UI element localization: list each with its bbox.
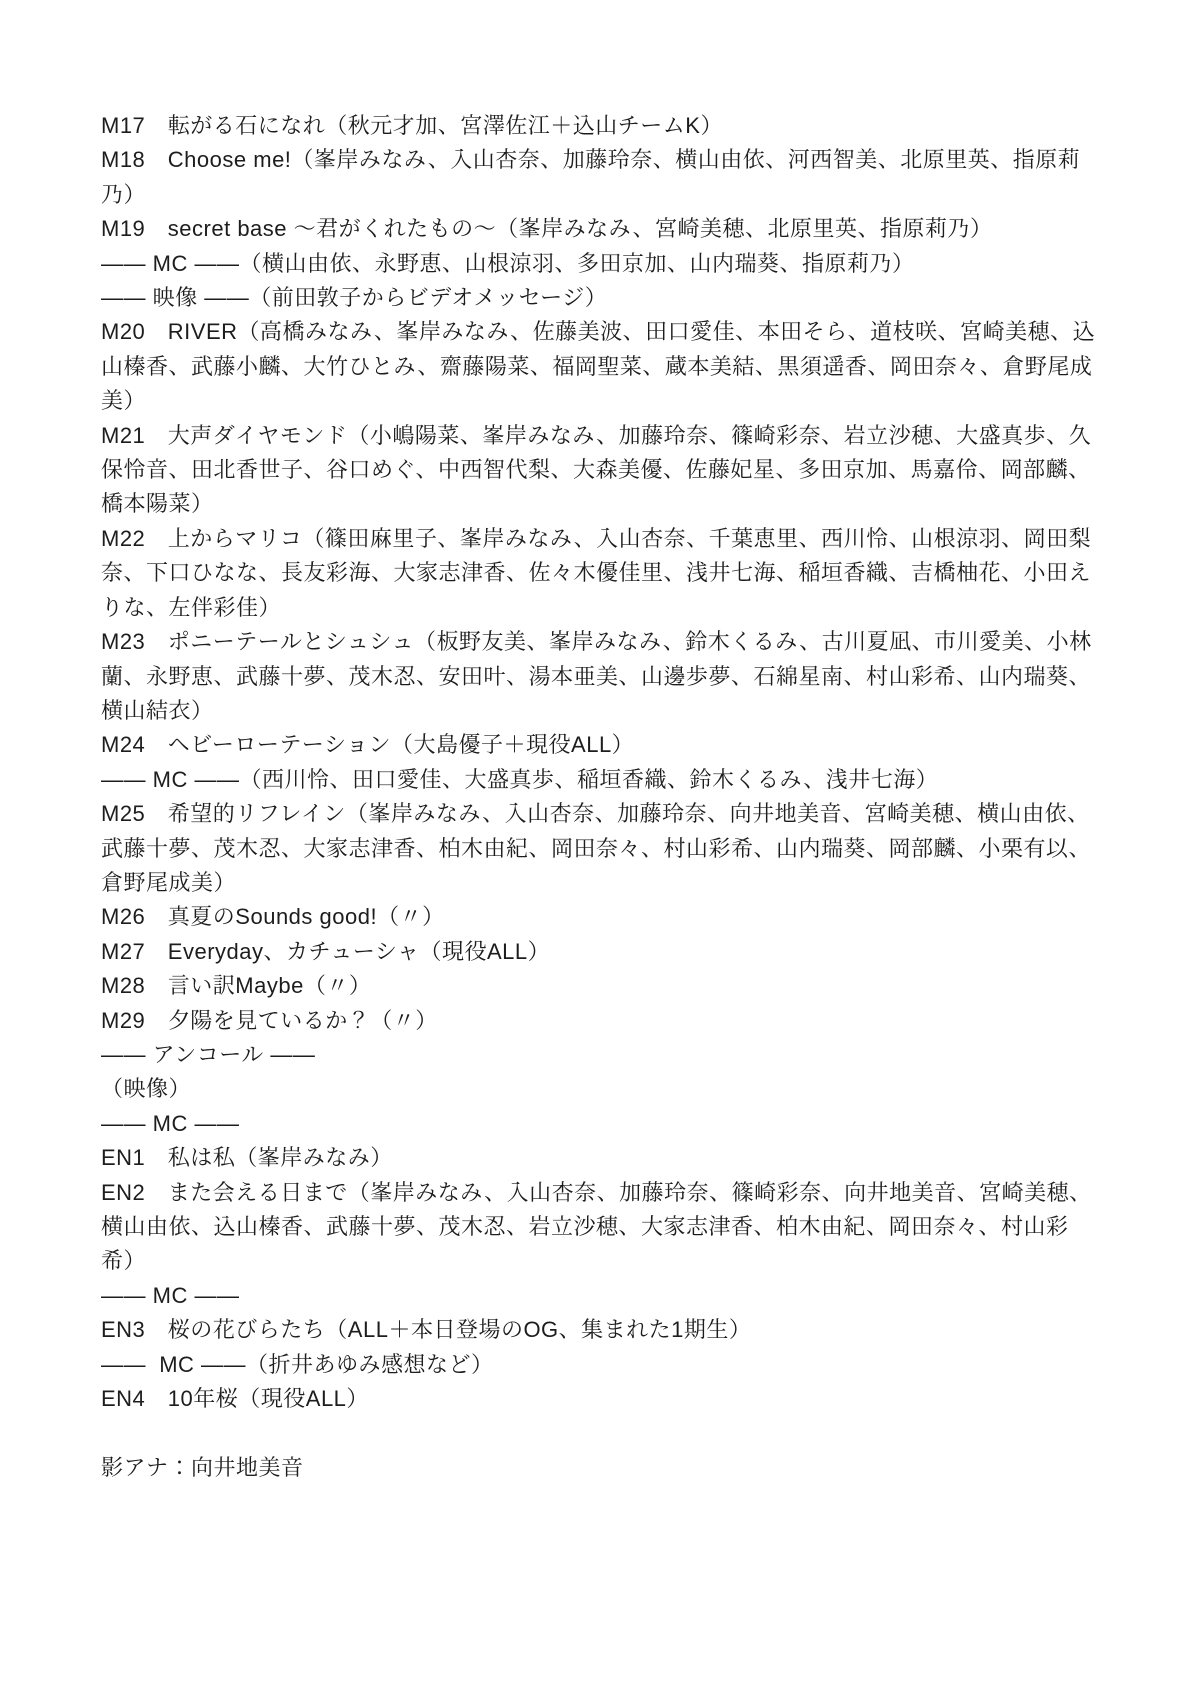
- setlist-entry: M27 Everyday、カチューシャ（現役ALL）: [101, 935, 1097, 969]
- setlist-entry: M19 secret base ～君がくれたもの～（峯岸みなみ、宮崎美穂、北原里…: [101, 212, 1097, 246]
- setlist-entry: M24 ヘビーローテーション（大島優子＋現役ALL）: [101, 728, 1097, 762]
- shadow-announcement: 影アナ：向井地美音: [101, 1451, 1101, 1485]
- setlist-entry: M28 言い訳Maybe（〃）: [101, 969, 1097, 1003]
- setlist-entry: M18 Choose me!（峯岸みなみ、入山杏奈、加藤玲奈、横山由依、河西智美…: [101, 143, 1097, 212]
- setlist-entry: M29 夕陽を見ているか？（〃）: [101, 1004, 1097, 1038]
- setlist-document-page: M17 転がる石になれ（秋元才加、宮澤佐江＋込山チームK） M18 Choose…: [0, 0, 1200, 1697]
- setlist-entry: M26 真夏のSounds good!（〃）: [101, 900, 1097, 934]
- setlist-entry: M17 転がる石になれ（秋元才加、宮澤佐江＋込山チームK）: [101, 109, 1097, 143]
- setlist-entry: —— アンコール ——: [101, 1038, 1097, 1072]
- setlist-entry: EN3 桜の花びらたち（ALL＋本日登場のOG、集まれた1期生）: [101, 1313, 1097, 1347]
- setlist-entry: EN4 10年桜（現役ALL）: [101, 1382, 1097, 1416]
- setlist-entry: M20 RIVER（高橋みなみ、峯岸みなみ、佐藤美波、田口愛佳、本田そら、道枝咲…: [101, 315, 1097, 418]
- setlist-entry: M25 希望的リフレイン（峯岸みなみ、入山杏奈、加藤玲奈、向井地美音、宮崎美穂、…: [101, 797, 1097, 900]
- setlist-entry: M23 ポニーテールとシュシュ（板野友美、峯岸みなみ、鈴木くるみ、古川夏凪、市川…: [101, 625, 1097, 728]
- setlist-entry: —— MC ——（横山由依、永野恵、山根涼羽、多田京加、山内瑞葵、指原莉乃）: [101, 247, 1097, 281]
- setlist-entry: EN1 私は私（峯岸みなみ）: [101, 1141, 1097, 1175]
- setlist-entry: —— MC ——: [101, 1107, 1097, 1141]
- setlist-entry: M22 上からマリコ（篠田麻里子、峯岸みなみ、入山杏奈、千葉恵里、西川怜、山根涼…: [101, 522, 1097, 625]
- setlist-entry: M21 大声ダイヤモンド（小嶋陽菜、峯岸みなみ、加藤玲奈、篠崎彩奈、岩立沙穂、大…: [101, 419, 1097, 522]
- setlist-entries: M17 転がる石になれ（秋元才加、宮澤佐江＋込山チームK） M18 Choose…: [101, 109, 1097, 1416]
- setlist-entry: —— MC ——: [101, 1279, 1097, 1313]
- setlist-entry: EN2 また会える日まで（峯岸みなみ、入山杏奈、加藤玲奈、篠崎彩奈、向井地美音、…: [101, 1176, 1097, 1279]
- setlist-entry: —— 映像 ——（前田敦子からビデオメッセージ）: [101, 281, 1097, 315]
- setlist-entry: （映像）: [101, 1072, 1097, 1106]
- setlist-entry: —— MC ——（西川怜、田口愛佳、大盛真歩、稲垣香織、鈴木くるみ、浅井七海）: [101, 763, 1097, 797]
- setlist-entry: —— MC ——（折井あゆみ感想など）: [101, 1348, 1097, 1382]
